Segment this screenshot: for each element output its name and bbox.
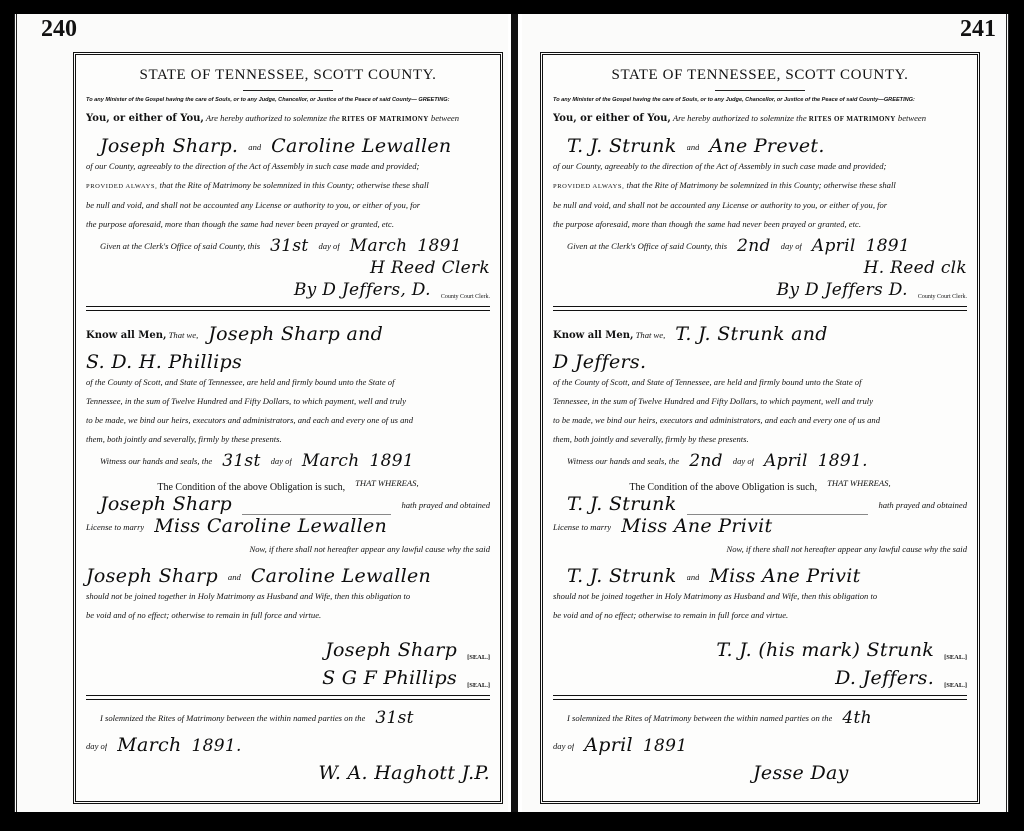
bond-parties-line1: Joseph Sharp and <box>208 323 383 345</box>
closing-line: should not be joined together in Holy Ma… <box>553 587 967 606</box>
bond-body-line: to be made, we bind our heirs, executors… <box>553 411 967 430</box>
given-line: Given at the Clerk's Office of said Coun… <box>86 234 490 256</box>
that-we: That we, <box>636 330 666 340</box>
rites-label: RITES OF MATRIMONY <box>342 115 429 123</box>
greeting: To any Minister of the Gospel having the… <box>553 97 967 103</box>
license-body-line: the purpose aforesaid, more than though … <box>553 215 967 234</box>
bond-parties: S. D. H. Phillips <box>86 345 490 373</box>
know-all-men: Know all Men, <box>86 330 166 341</box>
title-rule <box>715 90 805 91</box>
section-divider <box>86 306 490 311</box>
license-body-text: that the Rite of Matrimony be solemnized… <box>160 180 429 190</box>
witness-year: 1891 <box>369 451 413 471</box>
bond-intro: Know all Men, That we, Joseph Sharp and <box>86 317 490 345</box>
return-year: 1891. <box>192 736 242 756</box>
section-divider <box>553 306 967 311</box>
section-divider <box>86 695 490 700</box>
applicant-line: Joseph Sharp hath prayed and obtained <box>86 493 490 515</box>
seal-label: [SEAL.] <box>467 682 490 689</box>
now-if: Now, if there shall not hereafter appear… <box>249 540 490 559</box>
bond-body-line: Tennessee, in the sum of Twelve Hundred … <box>553 392 967 411</box>
party2: Miss Ane Privit <box>709 565 860 587</box>
bond-parties-line1: T. J. Strunk and <box>675 323 827 345</box>
intro-text: Are hereby authorized to solemnize the <box>206 113 340 123</box>
party1: Joseph Sharp <box>86 565 218 587</box>
return-day: 4th <box>842 708 872 728</box>
marriage-record-form: STATE OF TENNESSEE, SCOTT COUNTY. To any… <box>540 52 980 804</box>
return-month: March <box>117 734 181 756</box>
page-number: 240 <box>41 16 77 43</box>
day-of: day of <box>733 452 754 471</box>
license-intro: You, or either of You, Are hereby author… <box>86 109 490 129</box>
condition-line: The Condition of the above Obligation is… <box>553 471 967 493</box>
section-divider <box>553 695 967 700</box>
that-whereas: THAT WHEREAS, <box>827 474 891 493</box>
parties-line: T. J. Strunk and Miss Ane Privit <box>553 559 967 587</box>
license-body-line: of our County, agreeably to the directio… <box>86 157 490 176</box>
intro-text: Are hereby authorized to solemnize the <box>673 113 807 123</box>
and-label: and <box>228 568 241 587</box>
witness-day: 2nd <box>689 451 723 471</box>
day-of: day of <box>271 452 292 471</box>
clerk-signature: H Reed Clerk <box>370 258 490 278</box>
rites-label: RITES OF MATRIMONY <box>809 115 896 123</box>
witness-month: April <box>764 451 808 471</box>
given-line: Given at the Clerk's Office of said Coun… <box>553 234 967 256</box>
page-number: 241 <box>960 16 996 43</box>
return-text: I solemnized the Rites of Matrimony betw… <box>100 709 365 728</box>
return-day: 31st <box>375 708 413 728</box>
signature-row: T. J. (his mark) Strunk [SEAL.] <box>553 633 967 661</box>
officiant-signature: Jesse Day <box>753 762 849 784</box>
applicant-name: Joseph Sharp <box>86 493 232 515</box>
condition-text: The Condition of the above Obligation is… <box>157 482 345 493</box>
license-body-line: the purpose aforesaid, more than though … <box>86 215 490 234</box>
signature-row: Joseph Sharp [SEAL.] <box>86 633 490 661</box>
given-month: April <box>812 236 856 256</box>
license-body-line: PROVIDED ALWAYS, that the Rite of Matrim… <box>86 176 490 196</box>
return-line: I solemnized the Rites of Matrimony betw… <box>86 706 490 728</box>
party2: Caroline Lewallen <box>251 565 431 587</box>
bride-line: Miss Caroline Lewallen <box>154 515 387 537</box>
know-all-men: Know all Men, <box>553 330 633 341</box>
groom-name: Joseph Sharp. <box>86 135 238 157</box>
groom-name: T. J. Strunk <box>553 135 677 157</box>
deputy-signature-row: By D Jeffers, D. County Court Clerk. <box>86 278 490 300</box>
license-body-line: be null and void, and shall not be accou… <box>553 196 967 215</box>
title-rule <box>243 90 333 91</box>
provided-always: PROVIDED ALWAYS, <box>86 183 157 190</box>
witness-month: March <box>302 451 360 471</box>
given-day: 2nd <box>737 236 771 256</box>
given-text: Given at the Clerk's Office of said Coun… <box>100 237 260 256</box>
that-whereas: THAT WHEREAS, <box>355 474 419 493</box>
officiant-row: W. A. Haghott J.P. <box>86 756 490 784</box>
witness-line: Witness our hands and seals, the 2nd day… <box>553 449 967 471</box>
clerk-signature: H. Reed clk <box>864 258 967 278</box>
license-body-text: that the Rite of Matrimony be solemnized… <box>627 180 896 190</box>
now-if: Now, if there shall not hereafter appear… <box>726 540 967 559</box>
bond-parties-line2: D Jeffers. <box>553 351 646 373</box>
license-body-line: of our County, agreeably to the directio… <box>553 157 967 176</box>
license-intro: You, or either of You, Are hereby author… <box>553 109 967 129</box>
bond-parties: D Jeffers. <box>553 345 967 373</box>
and-label: and <box>687 568 700 587</box>
bond-body-line: of the County of Scott, and State of Ten… <box>553 373 967 392</box>
day-of: day of <box>318 237 339 256</box>
clerk-signature-row: H Reed Clerk <box>86 256 490 278</box>
officiant-row: Jesse Day <box>553 756 967 784</box>
license-to-marry-line: License to marry Miss Ane Privit <box>553 515 967 537</box>
condition-text: The Condition of the above Obligation is… <box>629 482 817 493</box>
witness-day: 31st <box>222 451 260 471</box>
day-of: day of <box>781 237 802 256</box>
given-text: Given at the Clerk's Office of said Coun… <box>567 237 727 256</box>
closing-line: should not be joined together in Holy Ma… <box>86 587 490 606</box>
signature-row: S G F Phillips [SEAL.] <box>86 661 490 689</box>
applicant-name: T. J. Strunk <box>553 493 677 515</box>
book-gutter <box>508 14 522 812</box>
form-header: STATE OF TENNESSEE, SCOTT COUNTY. <box>86 67 490 84</box>
day-of: day of <box>86 737 107 756</box>
bond-intro: Know all Men, That we, T. J. Strunk and <box>553 317 967 345</box>
deputy-signature: By D Jeffers D. <box>777 280 908 300</box>
license-to-marry-line: License to marry Miss Caroline Lewallen <box>86 515 490 537</box>
license-body-line: be null and void, and shall not be accou… <box>86 196 490 215</box>
greeting: To any Minister of the Gospel having the… <box>86 97 490 103</box>
applicant-line: T. J. Strunk hath prayed and obtained <box>553 493 967 515</box>
hath-prayed: hath prayed and obtained <box>401 496 490 515</box>
closing-line: be void and of no effect; otherwise to r… <box>86 606 490 625</box>
given-year: 1891 <box>866 236 910 256</box>
between-label: between <box>431 113 459 123</box>
clerk-signature-row: H. Reed clk <box>553 256 967 278</box>
signature-row: D. Jeffers. [SEAL.] <box>553 661 967 689</box>
bride-line: Miss Ane Privit <box>621 515 772 537</box>
parties-line: Joseph Sharp and Caroline Lewallen <box>86 559 490 587</box>
bond-body-line: Tennessee, in the sum of Twelve Hundred … <box>86 392 490 411</box>
return-date-line: day of April 1891 <box>553 728 967 756</box>
bond-body-line: to be made, we bind our heirs, executors… <box>86 411 490 430</box>
and-label: and <box>687 138 700 157</box>
given-year: 1891 <box>417 236 461 256</box>
clerk-label: County Court Clerk. <box>918 294 967 300</box>
and-label: and <box>248 138 261 157</box>
day-of: day of <box>553 737 574 756</box>
return-year: 1891 <box>643 736 687 756</box>
return-text: I solemnized the Rites of Matrimony betw… <box>567 709 832 728</box>
return-month: April <box>584 734 633 756</box>
bond-body-line: them, both jointly and severally, firmly… <box>553 430 967 449</box>
clerk-label: County Court Clerk. <box>441 294 490 300</box>
page-240: 240 STATE OF TENNESSEE, SCOTT COUNTY. To… <box>14 14 511 812</box>
bond-body-line: them, both jointly and severally, firmly… <box>86 430 490 449</box>
closing-line: be void and of no effect; otherwise to r… <box>553 606 967 625</box>
that-we: That we, <box>169 330 199 340</box>
condition-line: The Condition of the above Obligation is… <box>86 471 490 493</box>
given-day: 31st <box>270 236 308 256</box>
seal-label: [SEAL.] <box>944 682 967 689</box>
seal-label: [SEAL.] <box>944 654 967 661</box>
bride-name: Caroline Lewallen <box>271 135 451 157</box>
witness-line: Witness our hands and seals, the 31st da… <box>86 449 490 471</box>
bond-parties-line2: S. D. H. Phillips <box>86 351 242 373</box>
now-if-line: Now, if there shall not hereafter appear… <box>86 537 490 559</box>
intro-bold: You, or either of You, <box>553 113 671 124</box>
given-month: March <box>350 236 408 256</box>
license-to-marry: License to marry <box>553 518 611 537</box>
license-parties: Joseph Sharp. and Caroline Lewallen <box>86 129 490 157</box>
return-line: I solemnized the Rites of Matrimony betw… <box>553 706 967 728</box>
license-body-line: PROVIDED ALWAYS, that the Rite of Matrim… <box>553 176 967 196</box>
signature: Joseph Sharp <box>325 639 457 661</box>
witness-year: 1891. <box>818 451 868 471</box>
license-to-marry: License to marry <box>86 518 144 537</box>
form-header: STATE OF TENNESSEE, SCOTT COUNTY. <box>553 67 967 84</box>
intro-bold: You, or either of You, <box>86 113 204 124</box>
between-label: between <box>898 113 926 123</box>
signature: T. J. (his mark) Strunk <box>716 639 934 661</box>
page-241: 241 STATE OF TENNESSEE, SCOTT COUNTY. To… <box>522 14 1009 812</box>
now-if-line: Now, if there shall not hereafter appear… <box>553 537 967 559</box>
signature: D. Jeffers. <box>835 667 934 689</box>
bond-body-line: of the County of Scott, and State of Ten… <box>86 373 490 392</box>
marriage-record-form: STATE OF TENNESSEE, SCOTT COUNTY. To any… <box>73 52 503 804</box>
signature: S G F Phillips <box>322 667 457 689</box>
return-date-line: day of March 1891. <box>86 728 490 756</box>
witness-text: Witness our hands and seals, the <box>567 452 679 471</box>
hath-prayed: hath prayed and obtained <box>878 496 967 515</box>
license-parties: T. J. Strunk and Ane Prevet. <box>553 129 967 157</box>
bride-name: Ane Prevet. <box>709 135 824 157</box>
provided-always: PROVIDED ALWAYS, <box>553 183 624 190</box>
seal-label: [SEAL.] <box>467 654 490 661</box>
deputy-signature: By D Jeffers, D. <box>294 280 431 300</box>
witness-text: Witness our hands and seals, the <box>100 452 212 471</box>
deputy-signature-row: By D Jeffers D. County Court Clerk. <box>553 278 967 300</box>
officiant-signature: W. A. Haghott J.P. <box>318 762 490 784</box>
party1: T. J. Strunk <box>553 565 677 587</box>
